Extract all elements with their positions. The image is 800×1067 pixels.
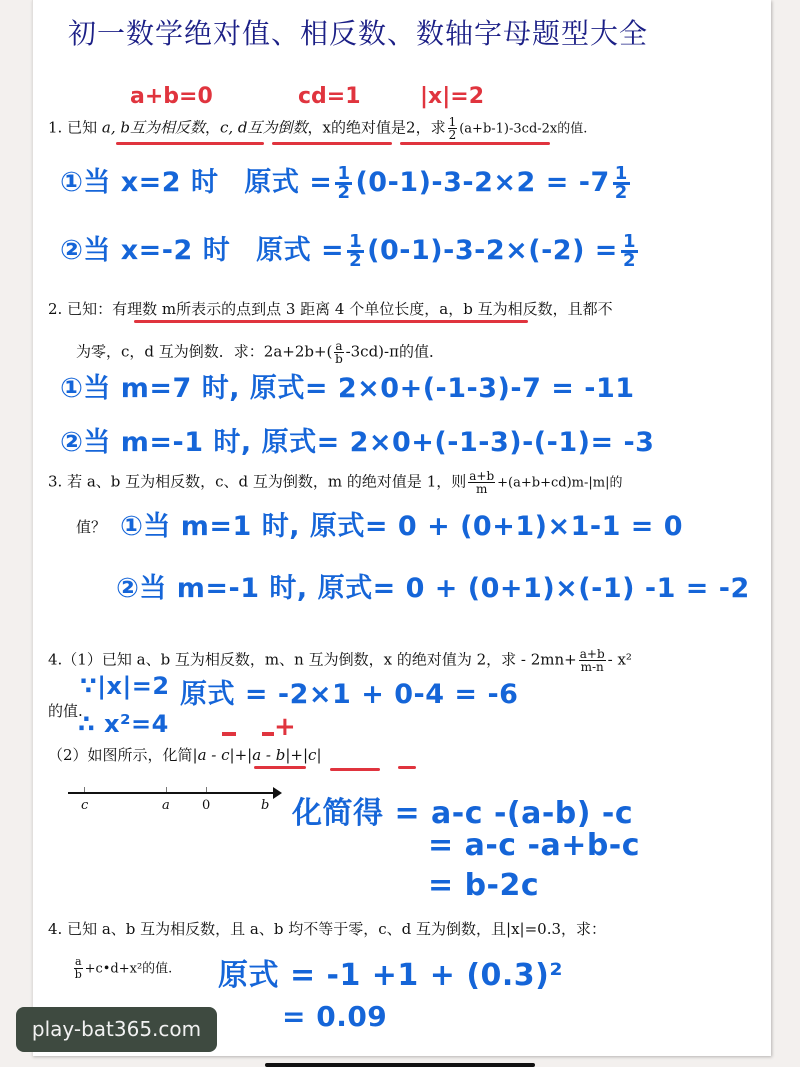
question-1-condition-x: x的绝对值是2: [323, 119, 416, 137]
solution-prefix: 原式 =: [244, 167, 332, 198]
question-2-expression-prefix: 为零，c，d 互为倒数．求：2a+2b+(: [76, 343, 332, 361]
handwritten-fraction: 12: [335, 166, 352, 201]
q5-solution-2: = 0.09: [282, 1000, 387, 1033]
question-3: 3. 若 a、b 互为相反数，c、d 互为倒数，m 的绝对值是 1，则a+bm+…: [48, 470, 622, 495]
question-1-ask: 求: [431, 119, 446, 137]
q2-solution-1: ①当 m=7 时, 原式= 2×0+(-1-3)-7 = -11: [60, 366, 635, 405]
question-2: 2. 已知：有理数 m所表示的点到点 3 距离 4 个单位长度，a，b 互为相反…: [48, 298, 613, 319]
tick-c: [84, 787, 85, 792]
label-b: b: [261, 798, 269, 813]
q4-solution: 原式 = -2×1 + 0-4 = -6: [180, 672, 518, 711]
solution-work: (0-1)-3-2×2 = -7: [355, 167, 609, 198]
fraction-sum-over-diff: a+bm-n: [579, 648, 606, 673]
question-1-condition-ab: a, b互为相反数: [102, 119, 205, 137]
solution-work: (0-1)-3-2×(-2) =: [367, 235, 618, 266]
underline-c: [398, 766, 416, 769]
fraction-denominator: 2: [615, 185, 628, 201]
question-2-expression-suffix: -3cd)-π的值．: [346, 343, 444, 361]
sign-mark-plus: +: [274, 712, 296, 742]
fraction-half: 12: [448, 116, 458, 141]
question-4-part-2-text: （2）如图所示，化简: [48, 746, 193, 764]
q3-solution-1: ①当 m=1 时, 原式= 0 + (0+1)×1-1 = 0: [120, 504, 683, 543]
underline-x: [400, 142, 550, 145]
q2-solution-2: ②当 m=-1 时, 原式= 2×0+(-1-3)-(-1)= -3: [60, 420, 654, 459]
question-4-part-1-suffix: - x²: [608, 651, 632, 669]
fraction-denominator: b: [75, 969, 82, 981]
annotation-abs-two: |x|=2: [420, 84, 484, 109]
tick-a: [166, 787, 167, 792]
underline-cd: [272, 142, 392, 145]
fraction-denominator: 2: [337, 185, 350, 201]
sign-mark-minus: [262, 732, 274, 736]
label-c: c: [81, 798, 88, 813]
tick-zero: [206, 787, 207, 792]
underline-m-condition: [134, 320, 528, 323]
underline-a-minus-c: [254, 766, 306, 769]
sign-mark-minus: [222, 732, 236, 736]
fraction-a-over-b: ab: [74, 956, 83, 981]
watermark-badge: play-bat365.com: [16, 1007, 217, 1052]
question-3-text: 3. 若 a、b 互为相反数，c、d 互为倒数，m 的绝对值是 1，则: [48, 473, 466, 491]
question-1: 1. 已知 a, b互为相反数，c, d互为倒数，x的绝对值是2，求12(a+b…: [48, 116, 587, 141]
underline-a-minus-b: [330, 768, 380, 771]
label-a: a: [162, 798, 170, 813]
q1-solution-1: ①当 x=2 时 原式 =12(0-1)-3-2×2 = -712: [60, 160, 633, 201]
q4-note-x-squared: ∴ x²=4: [78, 710, 169, 738]
question-4-part-1-text: 4.（1）已知 a、b 互为相反数，m、n 互为倒数，x 的绝对值为 2，求 -…: [48, 651, 577, 669]
fraction-denominator: m: [476, 483, 487, 495]
question-5: 4. 已知 a、b 互为相反数，且 a、b 均不等于零，c、d 互为倒数，且|x…: [48, 918, 606, 939]
annotation-sum-zero: a+b=0: [130, 84, 213, 109]
page-title: 初一数学绝对值、相反数、数轴字母题型大全: [68, 12, 648, 52]
handwritten-fraction: 12: [613, 166, 630, 201]
home-indicator-bar[interactable]: [265, 1063, 535, 1067]
annotation-product-one: cd=1: [298, 84, 361, 109]
fraction-denominator: 2: [623, 253, 636, 269]
simplify-step-3: = b-2c: [428, 868, 539, 903]
question-4-part-1: 4.（1）已知 a、b 互为相反数，m、n 互为倒数，x 的绝对值为 2，求 -…: [48, 648, 632, 673]
q4-note-abs-x: ∵|x|=2: [80, 672, 170, 700]
fraction-denominator: 2: [449, 129, 457, 141]
solution-prefix: 原式 =: [256, 235, 344, 266]
question-2-condition-m: 有理数 m所表示的点到点 3 距离 4 个单位长度: [112, 300, 424, 318]
question-2-rest: ，a，b 互为相反数，且都不: [424, 300, 612, 318]
question-5-line-2: ab+c•d+x²的值.: [72, 956, 172, 981]
fraction-denominator: b: [335, 353, 343, 365]
question-1-prefix: 1. 已知: [48, 119, 97, 137]
q3-solution-2: ②当 m=-1 时, 原式= 0 + (0+1)×(-1) -1 = -2: [116, 566, 750, 605]
question-2-line-2: 为零，c，d 互为倒数．求：2a+2b+(ab-3cd)-π的值．: [76, 340, 444, 365]
arrow-right-icon: [273, 787, 282, 799]
handwritten-fraction: 12: [621, 234, 638, 269]
underline-ab: [116, 142, 264, 145]
question-5-expression: +c•d+x²的值.: [85, 962, 173, 977]
label-zero: 0: [202, 798, 210, 813]
question-3-expression: +(a+b+cd)m-|m|的: [497, 476, 622, 491]
handwritten-fraction: 12: [347, 234, 364, 269]
question-2-prefix: 2. 已知：: [48, 300, 112, 318]
fraction-denominator: 2: [349, 253, 362, 269]
fraction-a-over-b: ab: [334, 340, 343, 365]
question-4-part-2-expression: |a - c|+|a - b|+|c|: [193, 746, 322, 764]
question-3-line-2: 值？: [76, 516, 106, 537]
solution-case-label: ①当 x=2 时: [60, 167, 219, 198]
question-1-condition-cd: c, d互为倒数: [220, 119, 308, 137]
solution-case-label: ②当 x=-2 时: [60, 235, 230, 266]
question-1-expression: (a+b-1)-3cd-2x的值.: [459, 122, 587, 137]
number-line: c a 0 b: [68, 792, 278, 794]
simplify-step-1: 化简得 = a-c -(a-b) -c: [292, 788, 633, 832]
question-4-part-2: （2）如图所示，化简|a - c|+|a - b|+|c|: [48, 744, 322, 765]
fraction-denominator: m-n: [581, 661, 604, 673]
q5-solution-1: 原式 = -1 +1 + (0.3)²: [218, 950, 563, 994]
fraction-sum-over-m: a+bm: [468, 470, 495, 495]
simplify-step-2: = a-c -a+b-c: [428, 828, 640, 863]
q1-solution-2: ②当 x=-2 时 原式 =12(0-1)-3-2×(-2) =12: [60, 228, 641, 269]
